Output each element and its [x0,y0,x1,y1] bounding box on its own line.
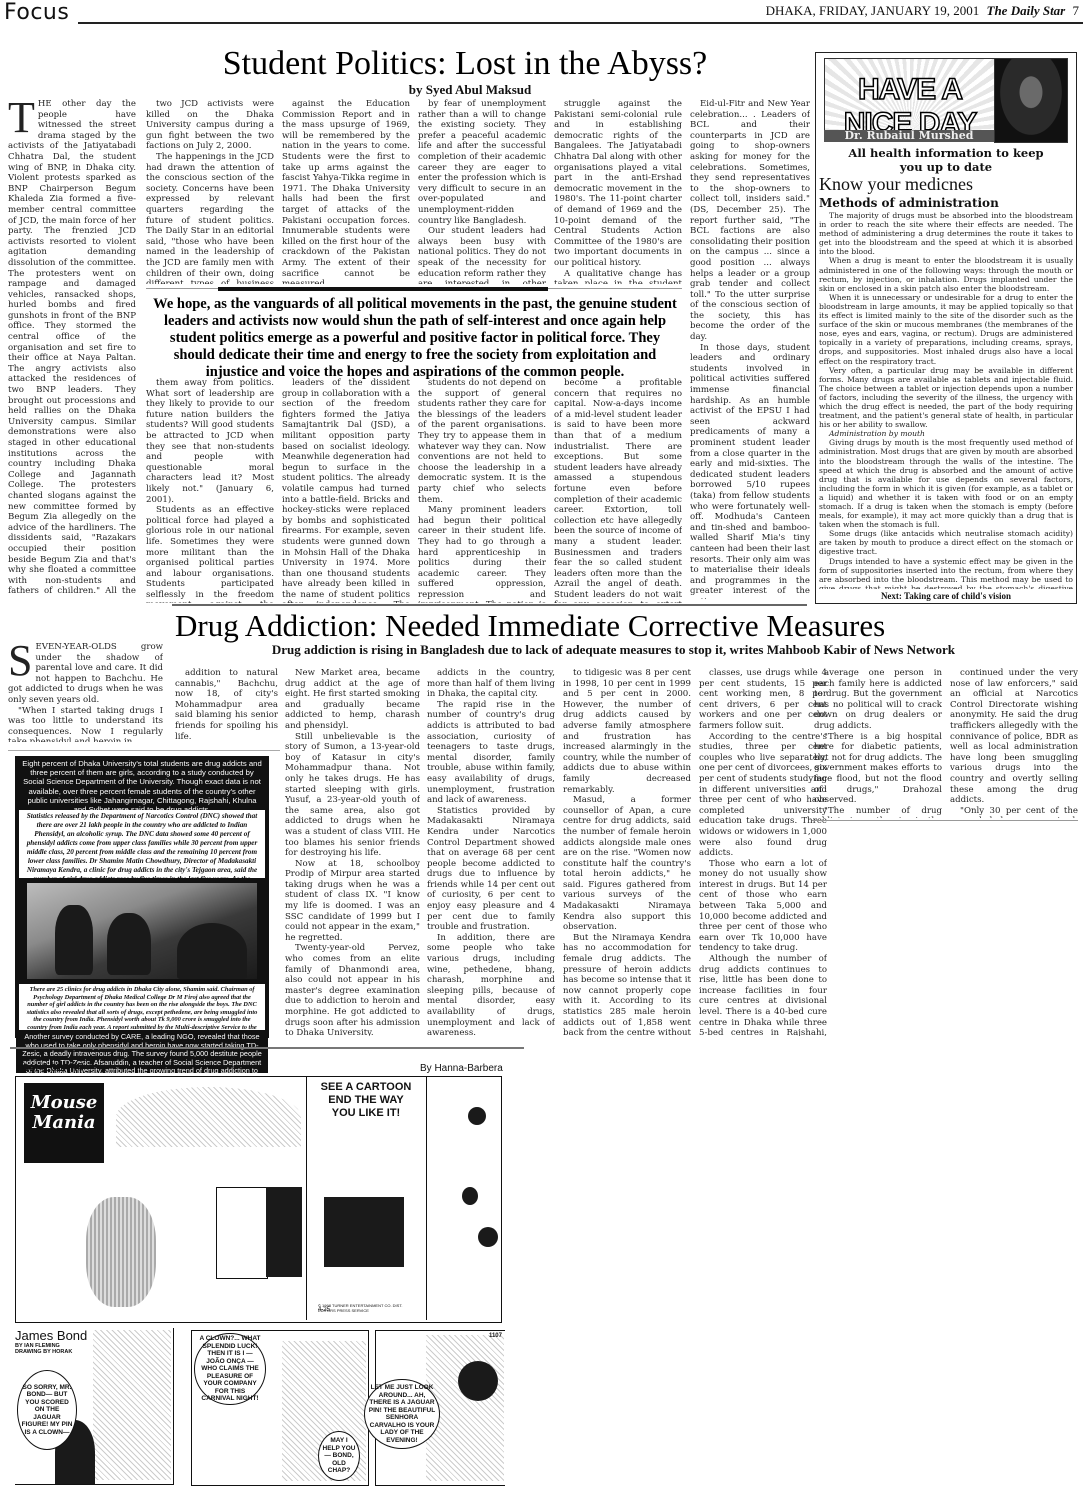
paragraph: A qualitative change has taken place in … [554,269,682,285]
paragraph: students do not depend on the support of… [418,378,546,505]
paragraph: Students as an effective political force… [146,505,274,603]
dropcap: T [8,100,35,136]
paragraph: continued under the very nose of law enf… [950,668,1078,806]
health-section-title: Know your medicnes [819,174,973,195]
article2-col8: continued under the very nose of law enf… [950,668,1078,818]
article2-col3: New Market area, became drug addict at t… [285,668,420,1036]
article2-top-rule [172,604,807,606]
author-name: Dr. Rubaiul Murshed [824,130,994,142]
paragraph: New Market area, became drug addict at t… [285,668,420,732]
article1-col5: struggle against the Pakistani semi-colo… [554,99,682,284]
article2-col4: addicts in the country, more than half o… [427,668,555,1036]
pullquote: We hope, as the vanguards of all politic… [148,296,682,381]
jb-panel-3: LET ME JUST LOOK AROUND... AH, THERE IS … [375,1330,505,1486]
paragraph: Some drugs (like antacids which neutrali… [819,529,1073,556]
article1-bottom-col1: them away from politics. What sort of le… [146,378,274,603]
paragraph: two JCD activists were killed on the Dha… [146,99,274,152]
paragraph: by fear of unemployment rather than a wi… [418,99,546,226]
article1-col4: by fear of unemployment rather than a wi… [418,99,546,284]
article2-deck: Drug addiction is rising in Bangladesh d… [225,642,955,658]
health-subhead: Administration by mouth [819,429,1073,438]
paragraph: "There is a big hospital here for diabet… [814,732,942,806]
jb-bubble-1: SO SORRY, MR. BOND— BUT YOU SCORED ON TH… [17,1370,77,1450]
masthead: The Daily Star [987,3,1066,18]
photo-figure-1 [55,905,93,975]
article1-col1-text: HE other day the people have witnessed t… [8,99,136,594]
jb-bubble-4: LET ME JUST LOOK AROUND... AH, THERE IS … [364,1379,440,1449]
jb-bubble-2: A CLOWN?... WHAT SPLENDID LUCK! THEN IT … [194,1333,266,1405]
james-bond-strip: James Bond BY IAN FLEMING DRAWING BY HOR… [15,1328,505,1486]
paragraph: According to the centre's studies, three… [699,732,827,859]
jb-panel-2: A CLOWN?... WHAT SPLENDID LUCK! THEN IT … [191,1330,369,1486]
health-paras-2: Giving drugs by mouth is the most freque… [819,438,1073,589]
health-tagline: All health information to keep you up to… [836,146,1056,174]
paragraph: Still unbelievable is the story of Sumon… [285,732,420,859]
paragraph: Very often, a particular drug may be ava… [819,366,1073,430]
article1-bottom-col2: leaders of the dissident group in collab… [282,378,410,603]
tj-copyright: © 1998 TURNER ENTERTAINMENT CO. DIST. ED… [318,1303,418,1313]
section-title: Focus [4,0,69,25]
photo-figure-2 [107,913,151,975]
article2-end-rule [812,820,1078,821]
paragraph: classes, use drugs while 4 per cent stud… [699,668,827,732]
tom-figure [86,1197,156,1307]
next-teaser: Next: Taking care of child's vision [816,591,1076,601]
paragraph: Although the number of drug addicts cont… [699,954,827,1036]
tom-jerry-credit: By Hanna-Barbera [420,1063,503,1074]
author-photo [994,58,1068,143]
paragraph: Eid-ul-Fitr and New Year celebration... … [690,99,810,343]
photo-figure-3 [177,923,247,979]
jb-senhora-hair [458,1361,498,1401]
date-text: DHAKA, FRIDAY, JANUARY 19, 2001 [766,3,980,18]
drug-addicts-photo [26,882,258,980]
article2-col7: average one person in each family here i… [814,668,942,818]
paragraph: Drugs intended to have a systemic effect… [819,557,1073,589]
article1-headline: Student Politics: Lost in the Abyss? [130,44,800,84]
paragraph: "The number of drug addicts is on the ri… [814,806,942,818]
paragraph: "Only 30 per cent of the smuggled drugs … [950,806,1078,818]
article1-col6: Eid-ul-Fitr and New Year celebration... … [690,99,810,599]
dateline: DHAKA, FRIDAY, JANUARY 19, 2001 The Dail… [762,3,1079,19]
cartoon-end-sign: SEE A CARTOON END THE WAY YOU LIKE IT! [316,1081,416,1161]
paragraph: But the Niramaya Kendra has no accommoda… [563,933,691,1036]
health-paras: The majority of drugs must be absorbed i… [819,211,1073,429]
lobby-doorway [216,1187,268,1279]
article2-col6: classes, use drugs while 4 per cent stud… [699,668,827,1036]
paragraph: addicts in the country, more than half o… [427,668,555,700]
photo-caption: There are 25 clinics for drug addicts in… [18,983,266,1031]
paragraph: Now at 18, schoolboy Prodip of Mirpur ar… [285,859,420,944]
paragraph: The rapid rise in the number of country'… [427,700,555,806]
article1-bottom-col3: students do not depend on the support of… [418,378,546,603]
page-number: 7 [1073,3,1080,18]
article2-lead: S EVEN-YEAR-OLDS grow under the shadow o… [8,642,163,742]
article1-col2: two JCD activists were killed on the Dha… [146,99,274,284]
paragraph: In addition, there are some people who t… [427,933,555,1036]
infobox-stats-text: Statistics released by the Department of… [18,809,266,879]
theater-facade [116,1087,301,1147]
doorway-shadow [266,1187,302,1277]
paragraph: Those who earn a lot of money do not usu… [699,859,827,954]
paragraph: average one person in each family here i… [814,668,942,732]
tom-jerry-title: TOM & JERRY [16,1063,84,1074]
pullquote-rule-thick [218,287,548,291]
article1-col3: against the Education Commission Report … [282,99,410,284]
jb-strip-number: 1107 [489,1333,502,1339]
article2-col5: to tidigesic was 8 per cent in 1998, 10 … [563,668,691,1036]
comics-top-rule [10,1047,524,1049]
article2-col2: addition to natural cannabis," Bachchu, … [175,668,278,740]
article1-col1: T HE other day the people have witnessed… [8,99,136,594]
health-body: The majority of drugs must be absorbed i… [819,211,1073,589]
jb-panel-1: SO SORRY, MR. BOND— BUT YOU SCORED ON TH… [15,1328,174,1485]
paragraph: them away from politics. What sort of le… [146,378,274,505]
paragraph: "When I started taking drugs I was too l… [8,706,163,742]
tj-panel-1: Mouse Mania [16,1077,307,1320]
tj-panel-2: SEE A CARTOON END THE WAY YOU LIKE IT! ©… [308,1077,427,1320]
paragraph: Our student leaders had always been busy… [418,226,546,284]
paragraph: become a profitable concern that require… [554,378,682,603]
paragraph: The majority of drugs must be absorbed i… [819,211,1073,256]
paragraph: Masud, a former counsellor of Apan, a cu… [563,795,691,933]
health-subtitle: Methods of administration [819,196,999,210]
paragraph: leaders of the dissident group in collab… [282,378,410,603]
tj-panel-3 [428,1077,501,1320]
have-a-nice-day-banner: HAVE A NICE DAY [824,58,996,134]
paragraph: Many prominent leaders had begun their p… [418,505,546,603]
health-box: HAVE A NICE DAY Dr. Rubaiul Murshed All … [815,52,1077,604]
paragraph: struggle against the Pakistani semi-colo… [554,99,682,269]
paragraph: addition to natural cannabis," Bachchu, … [175,668,278,740]
infobox-rule [8,750,280,751]
paragraph: When a drug is meant to enter the bloods… [819,256,1073,292]
paragraph: Giving drugs by mouth is the most freque… [819,438,1073,529]
paragraph: against the Education Commission Report … [282,99,410,284]
jb-bubble-3: MAY I HELP YOU— BOND, OLD CHAP? [318,1431,360,1481]
article1-bottom-col4: become a profitable concern that require… [554,378,682,603]
header-rule [78,22,1083,24]
spot-3 [468,1107,486,1125]
mouse-mania-sign: Mouse Mania [24,1083,104,1163]
paragraph: Twenty-year-old Pervez, who comes from a… [285,943,420,1036]
spot-1 [462,1187,478,1205]
article1-byline: by Syed Abul Maksud [270,82,670,98]
drug-infobox: Eight percent of Dhaka University's tota… [15,756,269,1038]
tj-date: 4-25 [318,1307,330,1313]
paragraph: In those days, student leaders and ordin… [690,343,810,599]
spot-2 [478,1227,498,1247]
paragraph: The happenings in the JCD had drawn the … [146,152,274,284]
tom-jerry-strip: Mouse Mania SEE A CARTOON END THE WAY YO… [15,1076,502,1323]
article2-headline: Drug Addiction: Needed Immediate Correct… [175,608,920,644]
infobox-top-text: Eight percent of Dhaka University's tota… [16,757,268,809]
dropcap-s: S [8,643,32,679]
ticket-window [324,1197,404,1267]
paragraph: When it is unnecessary or undesirable fo… [819,293,1073,366]
paragraph: to tidigesic was 8 per cent in 1998, 10 … [563,668,691,795]
jb-crowd-1 [93,1330,171,1480]
paragraph: Statistics provided by Madakasakti Niram… [427,806,555,933]
